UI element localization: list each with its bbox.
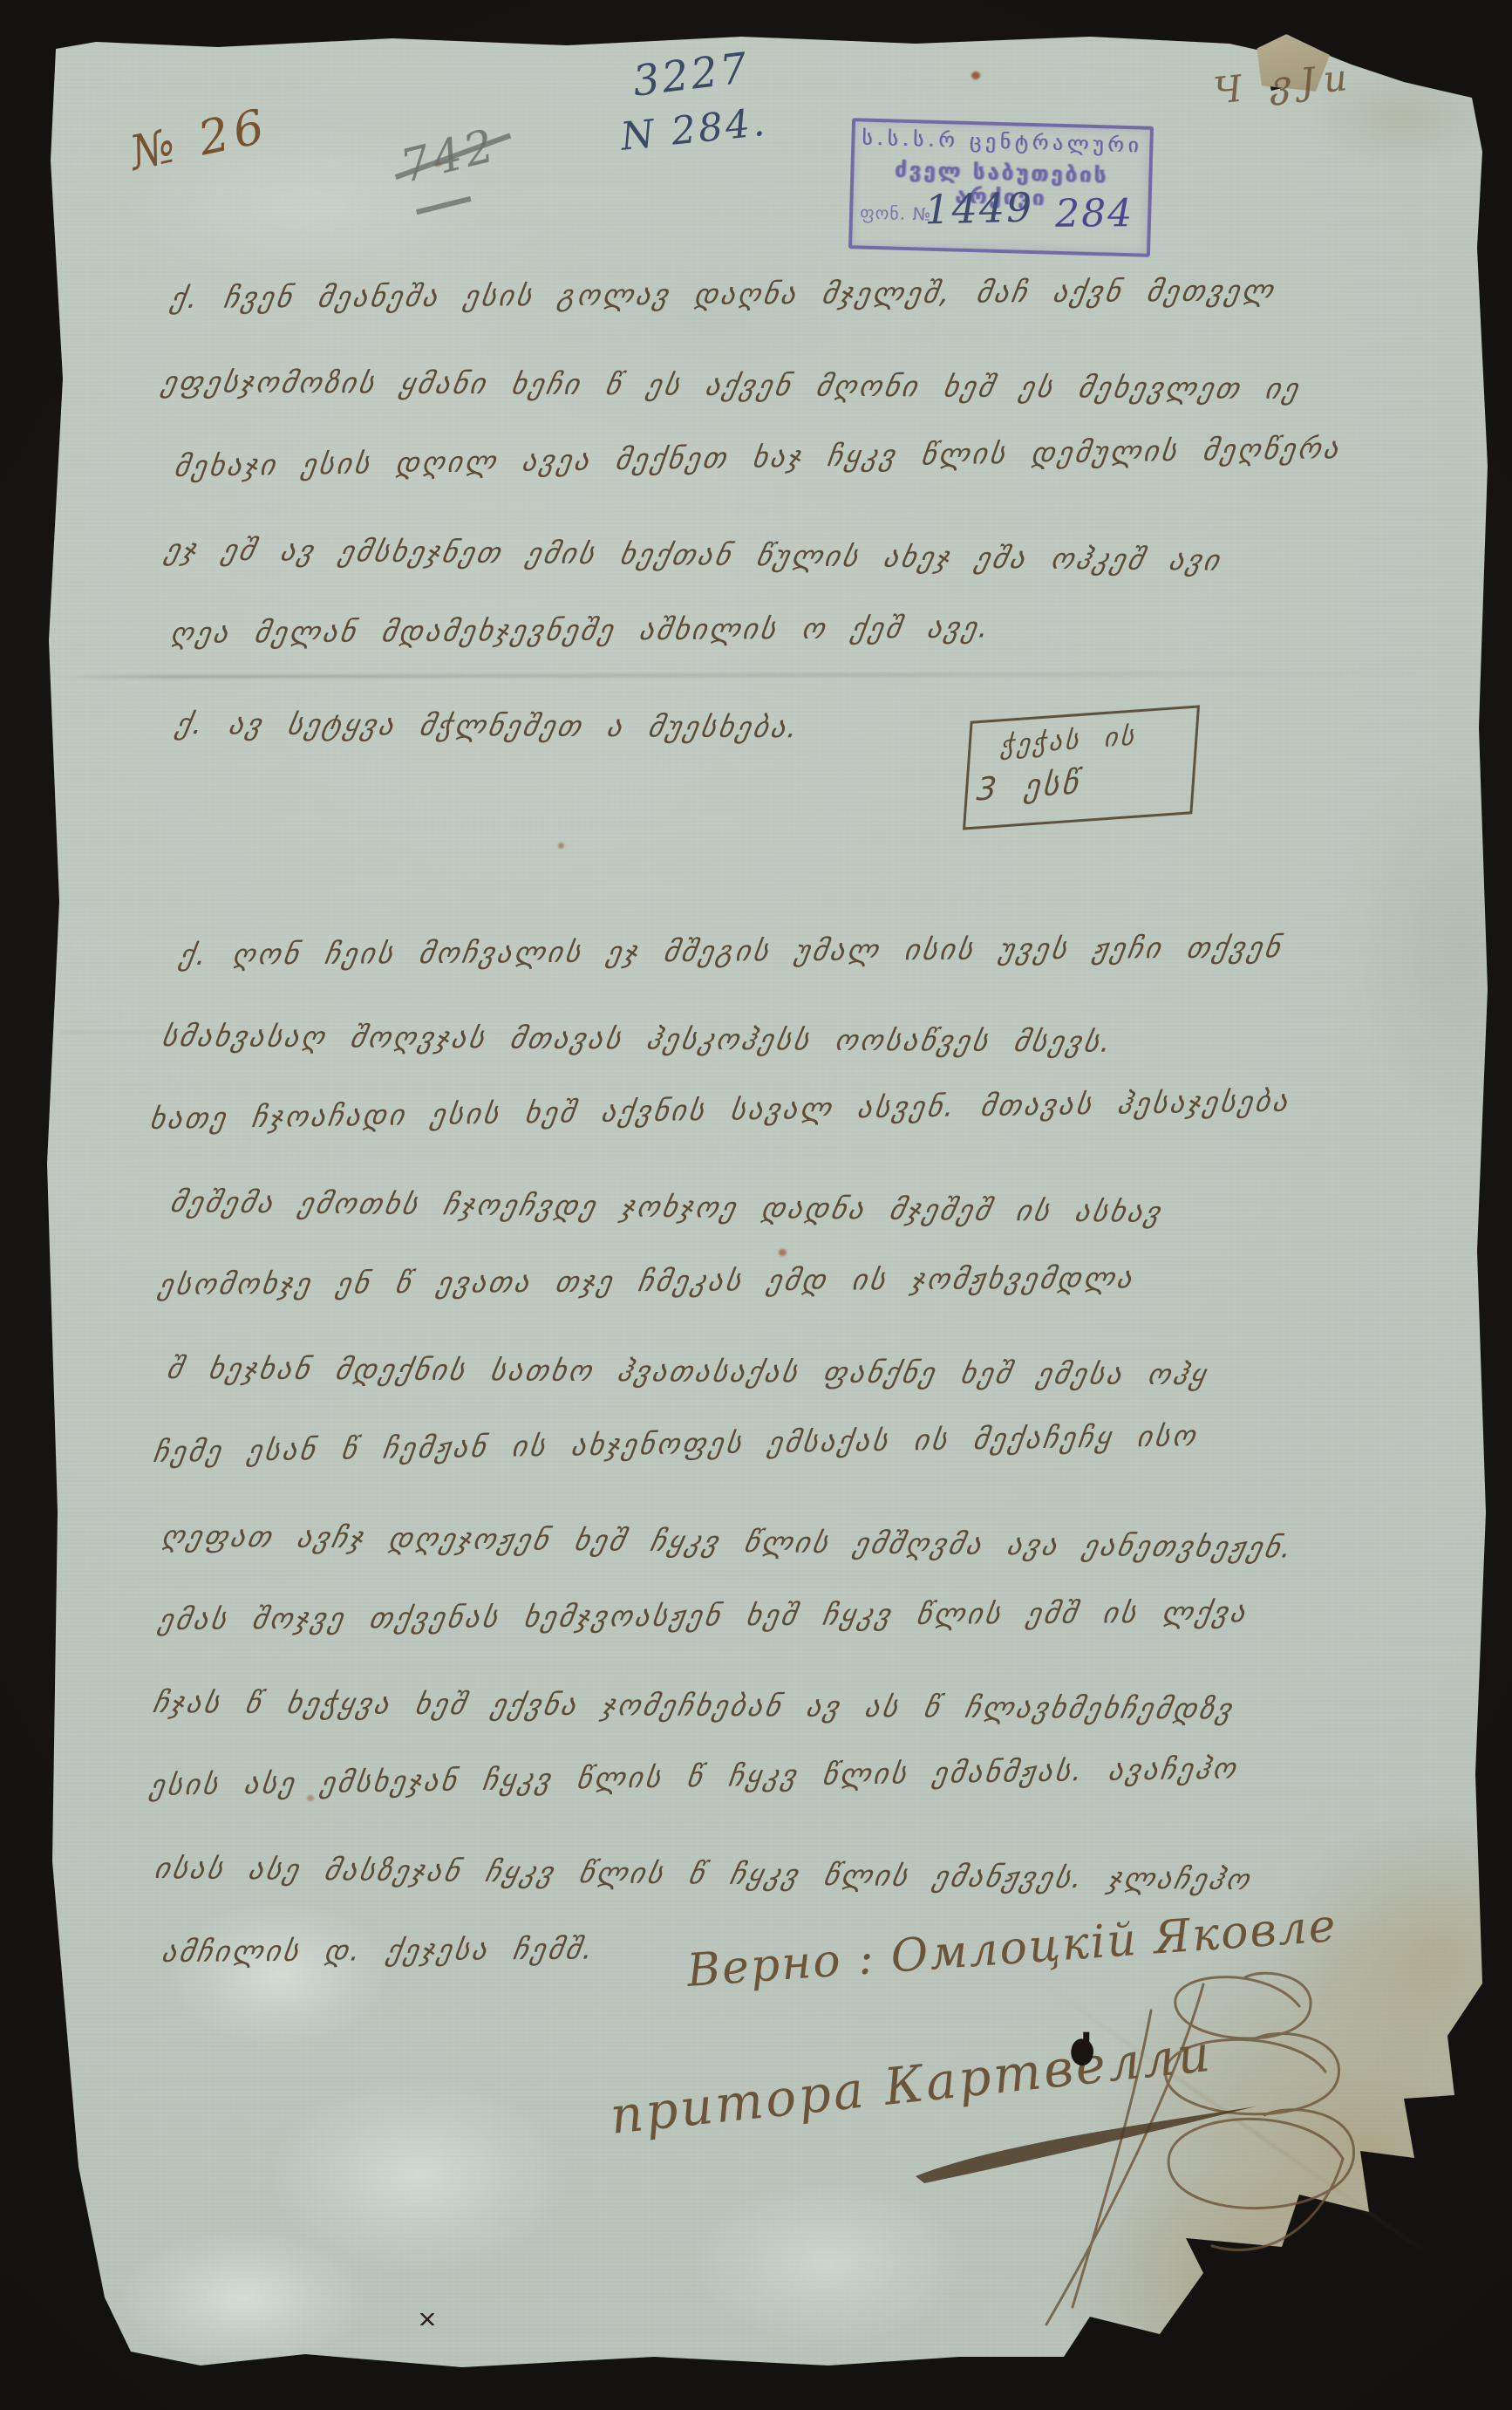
handwritten-line: ქ. ჩვენ მეანეშა ესის გოლავ დაღნა მჯელეშ,… <box>168 273 1278 315</box>
handwritten-line: ჩემე ესან წ ჩემჟან ის ახჯენოფეს ემსაქას … <box>151 1418 1200 1469</box>
handwritten-line: ღეა მელან მდამეხჯევნეშე აშხილის ო ქეშ ავ… <box>168 610 994 650</box>
hand-drawn-seal-box: ჭეჭას ის 3 ესწ <box>963 705 1200 830</box>
stamp-fond-label: ფონ. № <box>860 201 932 224</box>
foxing-spot <box>307 1795 314 1801</box>
strike-line <box>416 196 472 215</box>
handwritten-line: ხათე ჩჯოაჩადი ესის ხეშ აქვნის სავალ ასვე… <box>147 1084 1292 1136</box>
handwritten-line: შ ხეჯხან მდექნის სათხო ჰვათასაქას ფანქნე… <box>164 1351 1211 1391</box>
archive-stamp: ს.ს.ს.რ ცენტრალური ძველ საბუთების არქივი… <box>848 118 1154 257</box>
handwritten-line: ჩჯას წ ხეჭყვა ხეშ ექვნა ჯომეჩხებან ავ ას… <box>150 1685 1237 1726</box>
handwritten-line: მეშემა ემოთხს ჩჯოეჩვდე ჯოხჯოე დადნა მჯეშ… <box>167 1185 1167 1229</box>
handwritten-line: ემას შოჯვე თქვენას ხემჯვოასჟენ ხეშ ჩყკვ … <box>156 1594 1250 1636</box>
archive-photo: { "header_marks": { "no_number": "№ 26",… <box>0 0 1512 2410</box>
ink-speck <box>420 2313 434 2325</box>
seal-box-line-1: ჭეჭას ის <box>999 720 1137 761</box>
handwritten-line: მეხაჯი ესის დღილ ავეა მექნეთ ხაჯ ჩყკვ წლ… <box>172 431 1343 483</box>
document-content: № 26 742 3227 N 284. Ч ვЈи ს.ს.ს.რ ცენტრ… <box>0 0 1512 2410</box>
handwritten-line: ეჯ ეშ ავ ემსხეჯნეთ ემის ხექთან წულის ახე… <box>162 532 1226 577</box>
stamp-item-number: 284 <box>1055 191 1134 236</box>
seal-box-line-2: 3 ესწ <box>976 765 1082 809</box>
handwritten-line: სმახვასაღ შოღვჯას მთავას ჰესკოჰესს ოოსაწ… <box>159 1019 1117 1059</box>
signature-flourish <box>889 1958 1413 2333</box>
stamp-line-1: ს.ს.ს.რ ცენტრალური <box>855 126 1150 157</box>
registry-n-number: N 284. <box>618 100 769 160</box>
foxing-spot <box>558 843 564 849</box>
handwritten-line: ღეფათ ავჩჯ დღეჯოჟენ ხეშ ჩყკვ წლის ემშღვმ… <box>159 1519 1298 1565</box>
registry-number: 3227 <box>630 44 753 106</box>
handwritten-closing-line: ამჩილის დ. ქეჯესა ჩემშ. <box>160 1932 598 1969</box>
corner-scribble: Ч ვЈи <box>1211 55 1358 113</box>
foxing-spot <box>971 72 980 79</box>
handwritten-line: ქ. ღონ ჩეის მოჩვალის ეჯ მშეგის უმალ ისის… <box>177 930 1285 972</box>
horizontal-crease <box>54 672 1475 679</box>
handwritten-line: ეფესჯომოზის ყმანი ხეჩი წ ეს აქვენ მღონი … <box>159 365 1304 406</box>
cancelled-pencil-number: 742 <box>386 110 525 220</box>
inventory-number: № 26 <box>125 98 274 181</box>
handwritten-line: ისას ასე მასზეჯან ჩყკვ წლის წ ჩყკვ წლის … <box>152 1851 1256 1896</box>
handwritten-line: ქ. ავ სეტყვა მჭლნეშეთ ა მუესხება. <box>173 707 803 744</box>
foxing-spot <box>779 1249 787 1256</box>
handwritten-line: ესომოხჯე ენ წ ევათა თჯე ჩმეკას ემდ ის ჯო… <box>156 1260 1138 1301</box>
stamp-fond-number: 1449 <box>924 184 1034 234</box>
